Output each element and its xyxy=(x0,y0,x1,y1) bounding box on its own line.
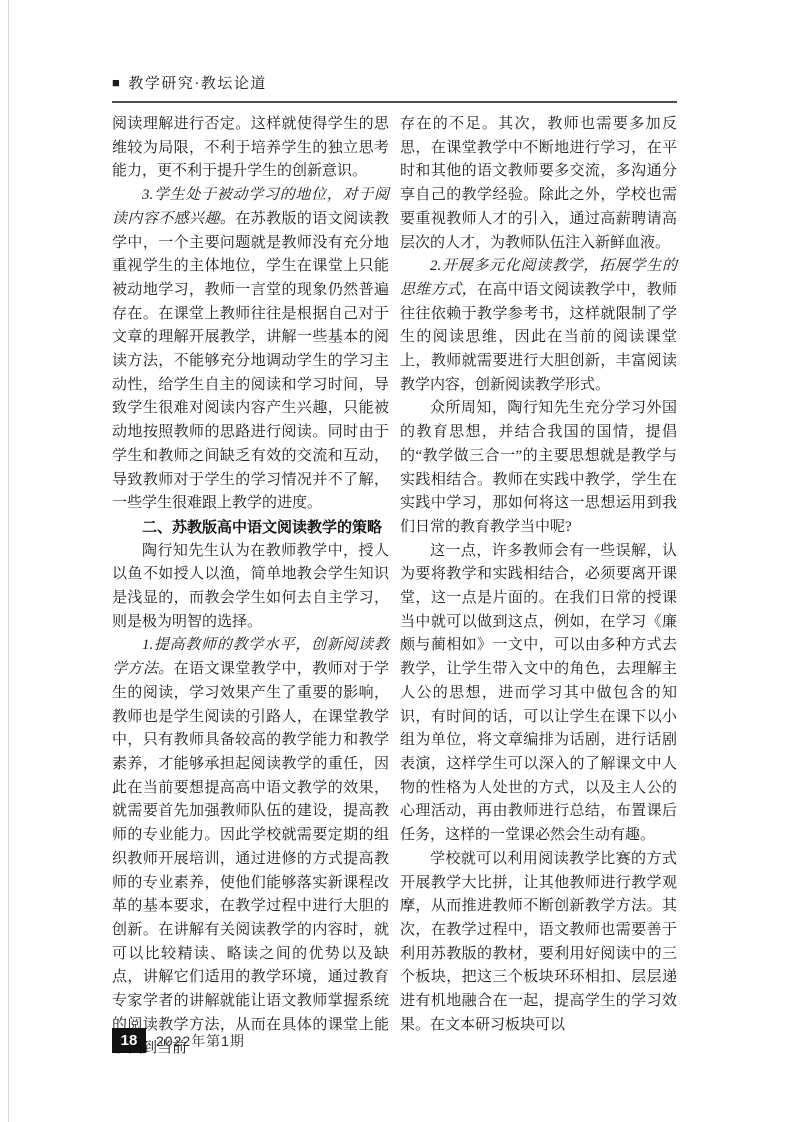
paragraph-text: 在苏教版的语文阅读教学中，一个主要问题就是教师没有充分地重视学生的主体地位，学生… xyxy=(112,211,389,511)
article-body: 阅读理解进行否定。这样就使得学生的思维较为局限，不利于培养学生的独立思考能力，更… xyxy=(112,113,678,1061)
page-footer: 18 2022年第1期 xyxy=(112,1028,245,1053)
paragraph: 存在的不足。其次，教师也需要多加反思，在课堂教学中不断地进行学习，在平时和其他的… xyxy=(400,113,677,255)
paragraph: 学校就可以利用阅读教学比赛的方式开展教学大比拼，让其他教师进行教学观摩，从而推进… xyxy=(400,848,677,1038)
paragraph-text: 在语文课堂教学中，教师对于学生的阅读，学习效果产生了重要的影响，教师也是学生阅读… xyxy=(112,661,389,1056)
page-header: ■ 教学研究·教坛论道 xyxy=(112,72,677,103)
paragraph: 2.开展多元化阅读教学，拓展学生的思维方式，在高中语文阅读教学中，教师往往依赖于… xyxy=(400,255,677,397)
header-rule xyxy=(112,101,677,103)
section-heading: 二、苏教版高中语文阅读教学的策略 xyxy=(112,516,389,540)
page-number-badge: 18 xyxy=(112,1028,146,1053)
paragraph: 阅读理解进行否定。这样就使得学生的思维较为局限，不利于培养学生的独立思考能力，更… xyxy=(112,113,389,184)
column-header-label: 教学研究·教坛论道 xyxy=(128,72,267,93)
right-column: 存在的不足。其次，教师也需要多加反思，在课堂教学中不断地进行学习，在平时和其他的… xyxy=(400,113,677,1061)
paragraph-text: 在高中语文阅读教学中，教师往往依赖于教学参考书，这样就限制了学生的阅读思维，因此… xyxy=(400,282,677,393)
paragraph: 3.学生处于被动学习的地位，对于阅读内容不感兴趣。在苏教版的语文阅读教学中，一个… xyxy=(112,184,389,516)
paragraph: 1.提高教师的教学水平，创新阅读教学方法。在语文课堂教学中，教师对于学生的阅读，… xyxy=(112,634,389,1061)
square-bullet-icon: ■ xyxy=(112,76,121,89)
issue-label: 2022年第1期 xyxy=(156,1031,245,1051)
paragraph: 这一点，许多教师会有一些误解，认为要将教学和实践相结合，必须要离开课堂，这一点是… xyxy=(400,540,677,848)
page-edge-line xyxy=(8,0,9,1122)
paragraph: 众所周知，陶行知先生充分学习外国的教育思想，并结合我国的国情，提倡的“教学做三合… xyxy=(400,397,677,539)
paragraph: 陶行知先生认为在教师教学中，授人以鱼不如授人以渔，简单地教会学生知识是浅显的，而… xyxy=(112,540,389,635)
left-column: 阅读理解进行否定。这样就使得学生的思维较为局限，不利于培养学生的独立思考能力，更… xyxy=(112,113,389,1061)
